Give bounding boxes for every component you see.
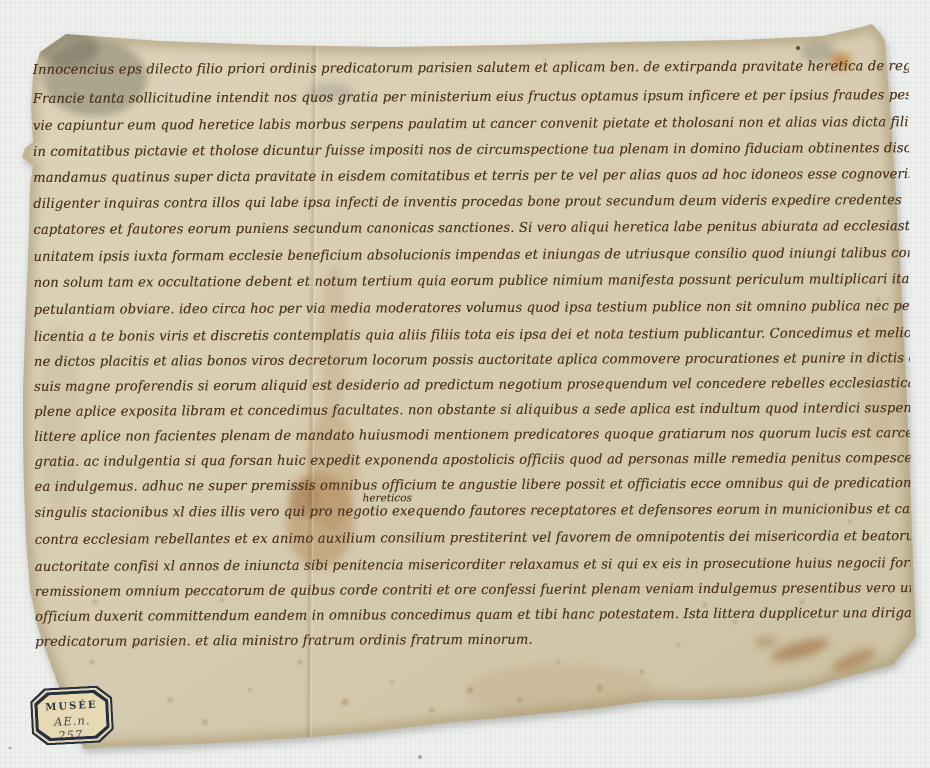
manuscript-line: licentia a te bonis viris et discretis c… (34, 324, 910, 351)
museum-label: MUSÉE AE.n. 257. (30, 685, 115, 746)
manuscript-line: vie capiuntur eum quod heretice labis mo… (33, 113, 909, 140)
manuscript-line: auctoritate confisi xl annos de iniuncta… (35, 554, 911, 581)
manuscript-line: mandamus quatinus super dicta pravitate … (33, 165, 909, 192)
manuscript-line: in comitatibus pictavie et tholose dicun… (33, 139, 909, 166)
manuscript-line: diligenter inquiras contra illos qui lab… (33, 191, 909, 218)
manuscript-line: officium duxerit committendum eandem in … (35, 604, 911, 631)
manuscript-line: suis magne proferendis si eorum aliquid … (34, 374, 910, 401)
manuscript-line: ea indulgemus. adhuc ne super premissis … (34, 474, 910, 501)
manuscript-line: Innocencius eps dilecto filio priori ord… (33, 57, 909, 84)
manuscript-line: contra ecclesiam rebellantes et ex animo… (35, 527, 911, 554)
photo-stage: Innocencius eps dilecto filio priori ord… (0, 0, 930, 768)
manuscript-line: remissionem omnium peccatorum de quibus … (35, 579, 911, 606)
manuscript-text: Innocencius eps dilecto filio priori ord… (0, 0, 930, 768)
manuscript-line: Francie tanta sollicitudine intendit nos… (33, 86, 909, 113)
museum-label-title: MUSÉE (37, 699, 105, 714)
manuscript-line: gratia. ac indulgentia si qua forsan hui… (34, 449, 910, 476)
manuscript-line: littere aplice non facientes plenam de m… (34, 424, 910, 451)
manuscript-line: captatores et fautores eorum puniens sec… (33, 217, 909, 244)
manuscript-line: non solum tam ex occultatione debent et … (34, 270, 910, 297)
manuscript-line: plene aplice exposita libram et concedim… (34, 399, 910, 426)
label-face: MUSÉE AE.n. 257. (37, 692, 107, 738)
manuscript-line: predicatorum parisien. et alia ministro … (35, 629, 911, 656)
interlinear-word: hereticos (362, 492, 411, 504)
manuscript-line: ne dictos placitis et alias bonos viros … (34, 349, 910, 376)
manuscript-line: singulis stacionibus xl dies illis vero … (35, 500, 911, 527)
manuscript-line: petulantiam obviare. ideo circa hoc per … (34, 297, 910, 324)
manuscript-line: unitatem ipsis iuxta formam ecclesie ben… (33, 244, 909, 271)
